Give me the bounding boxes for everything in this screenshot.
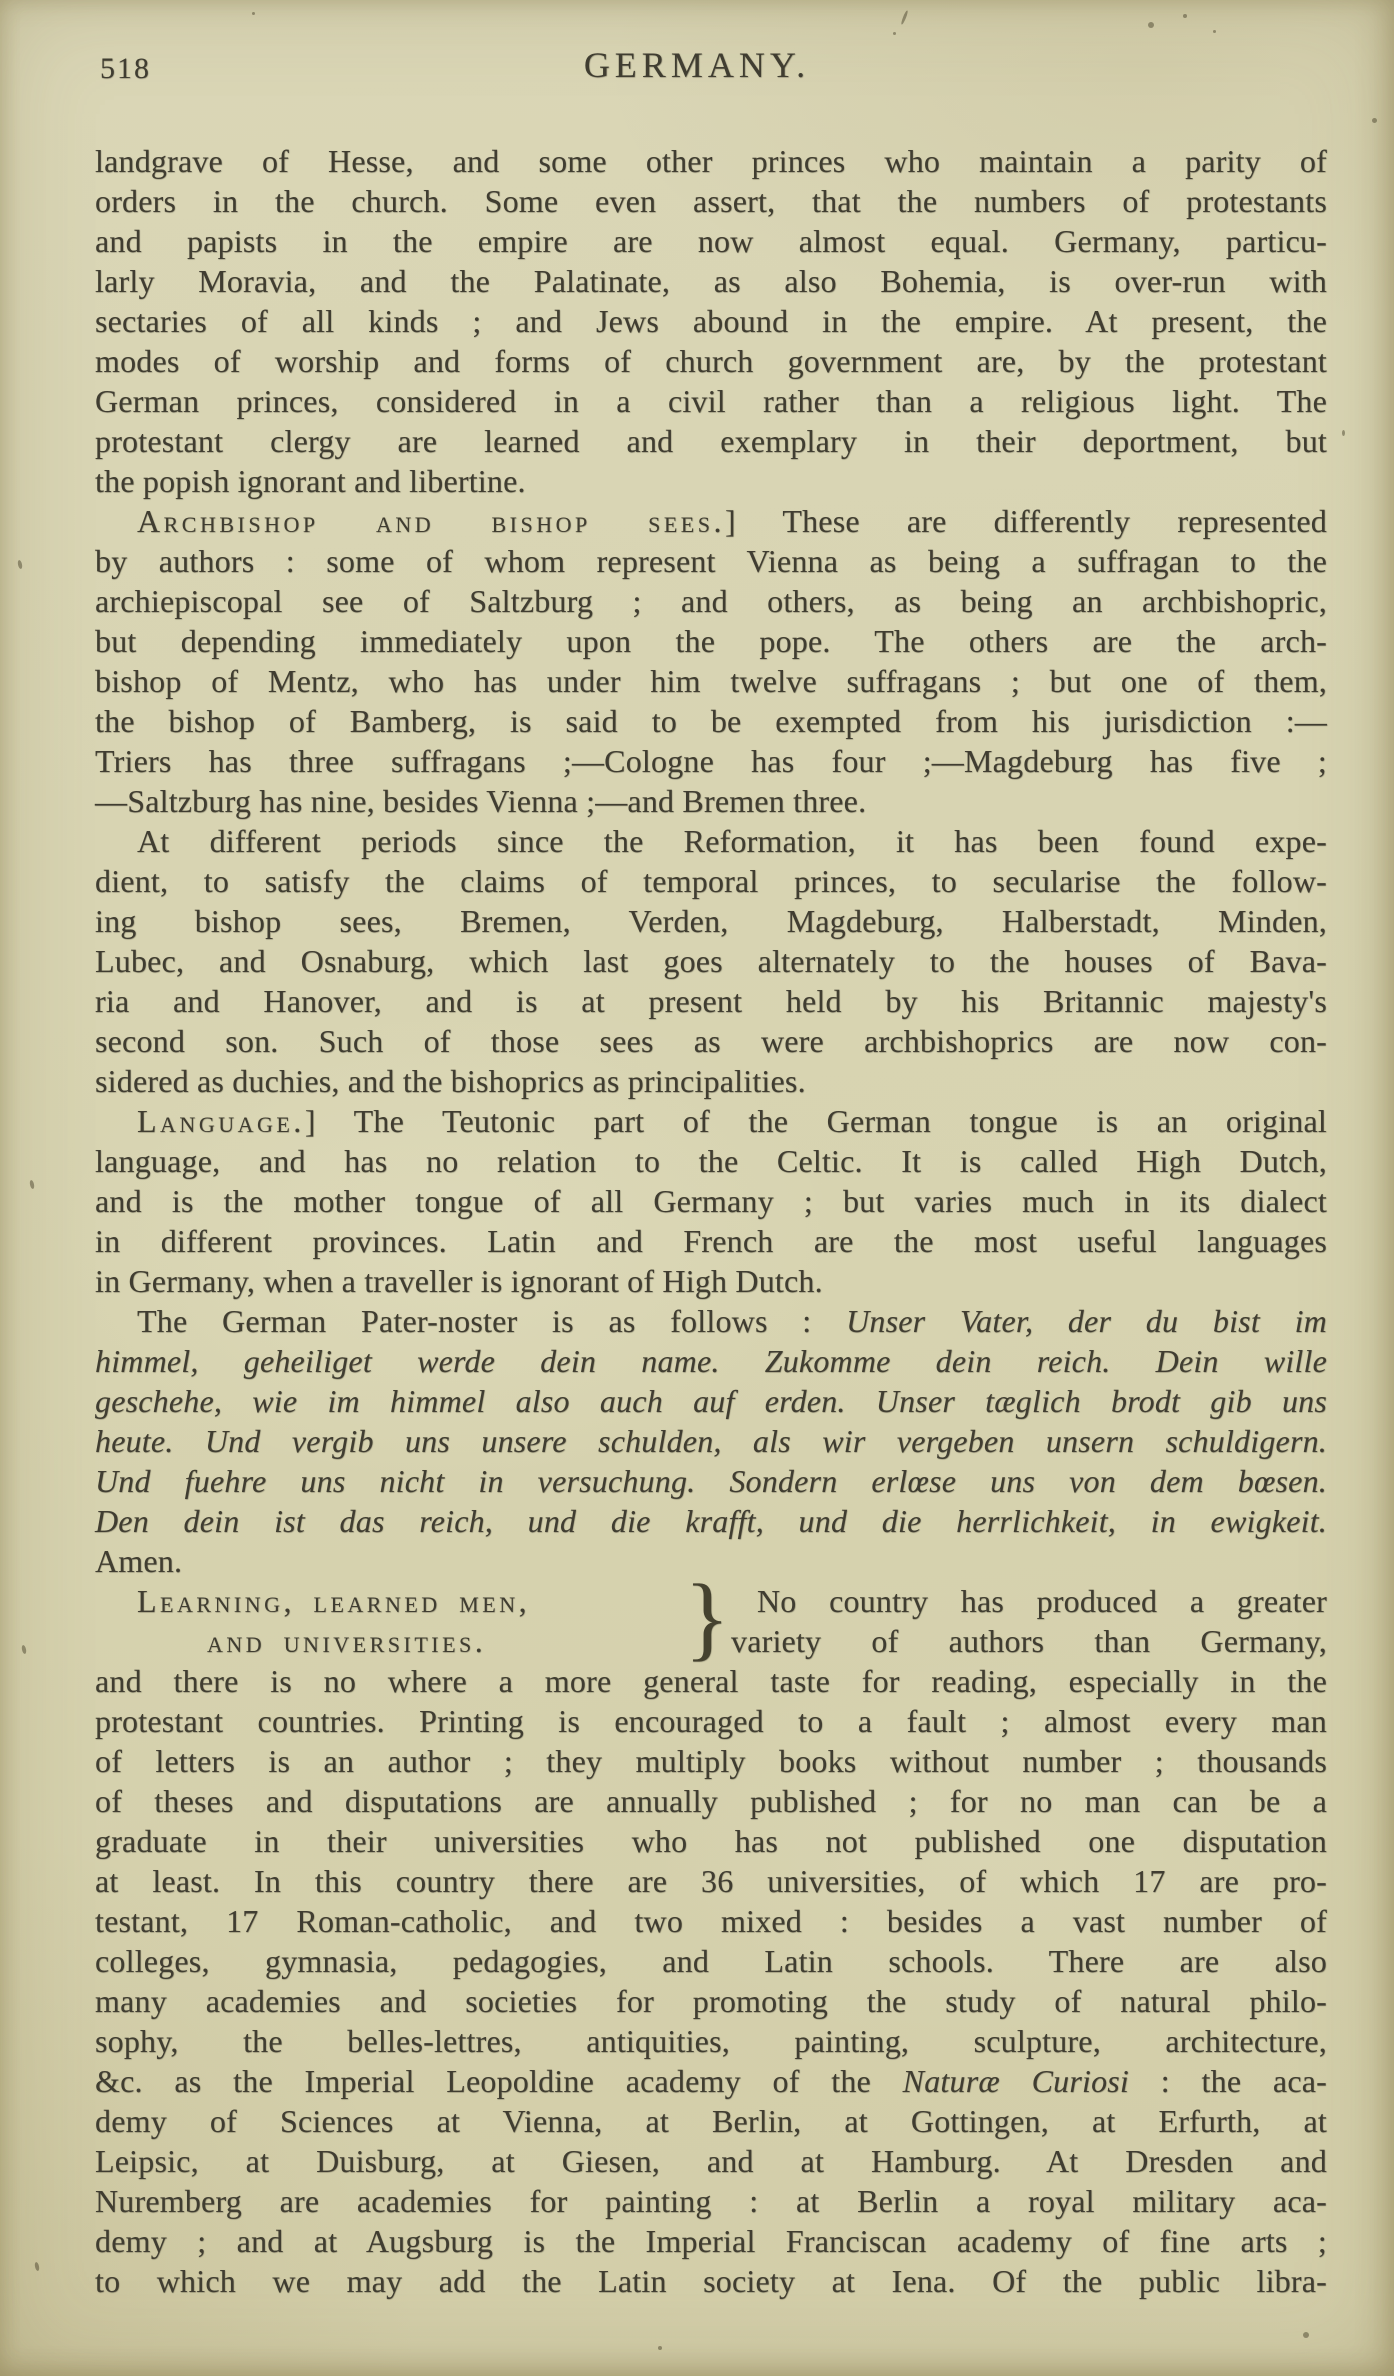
text-line: Leipsic, at Duisburg, at Giesen, and at … — [95, 2141, 1327, 2181]
text-line: The German Pater-noster is as follows : … — [95, 1301, 1327, 1341]
text-line: of letters is an author ; they multiply … — [95, 1741, 1327, 1781]
text-segment: orders in the church. Some even assert, … — [95, 183, 1327, 219]
section-heading: Learning, learned men, — [137, 1583, 530, 1619]
text-line: graduate in their universities who has n… — [95, 1821, 1327, 1861]
text-line: Lubec, and Osnaburg, which last goes alt… — [95, 941, 1327, 981]
text-line: protestant countries. Printing is encour… — [95, 1701, 1327, 1741]
text-line: the bishop of Bamberg, is said to be exe… — [95, 701, 1327, 741]
brace-heading-row: Learning, learned men,and universities.}… — [95, 1581, 1327, 1661]
text-line: Nuremberg are academies for painting : a… — [95, 2181, 1327, 2221]
text-line: German princes, considered in a civil ra… — [95, 381, 1327, 421]
text-segment: ] The Teutonic part of the German tongue… — [305, 1103, 1327, 1139]
text-segment: &c. as the Imperial Leopoldine academy o… — [95, 2063, 903, 2099]
paper-speck — [1372, 118, 1377, 123]
text-line: and universities. — [95, 1621, 683, 1661]
text-line: dient, to satisfy the claims of temporal… — [95, 861, 1327, 901]
text-line: Language.] The Teutonic part of the Germ… — [95, 1101, 1327, 1141]
text-line: sidered as duchies, and the bishoprics a… — [95, 1061, 1327, 1101]
text-line: ria and Hanover, and is at present held … — [95, 981, 1327, 1021]
text-segment: and is the mother tongue of all Germany … — [95, 1183, 1327, 1219]
text-segment: many academies and societies for promoti… — [95, 1983, 1327, 2019]
text-line: himmel, geheiliget werde dein name. Zuko… — [95, 1341, 1327, 1381]
brace-heading-column: Learning, learned men,and universities. — [95, 1581, 683, 1661]
paper-speck — [658, 2346, 662, 2350]
paper-speck — [34, 2262, 40, 2272]
text-line: Learning, learned men, — [95, 1581, 683, 1621]
text-line: landgrave of Hesse, and some other princ… — [95, 141, 1327, 181]
text-segment: —Saltzburg has nine, besides Vienna ;—an… — [95, 783, 866, 819]
text-segment: the bishop of Bamberg, is said to be exe… — [95, 703, 1327, 739]
text-segment: in different provinces. Latin and French… — [95, 1223, 1327, 1259]
text-segment: of theses and disputations are annually … — [95, 1783, 1327, 1819]
paper-speck — [900, 10, 908, 25]
text-line: and papists in the empire are now almost… — [95, 221, 1327, 261]
text-segment: ing bishop sees, Bremen, Verden, Magdebu… — [95, 903, 1327, 939]
text-line: colleges, gymnasia, pedagogies, and Lati… — [95, 1941, 1327, 1981]
paper-speck — [1342, 430, 1345, 436]
text-line: many academies and societies for promoti… — [95, 1981, 1327, 2021]
text-segment: ] These are differently represented — [725, 503, 1327, 539]
text-segment: heute. Und vergib uns unsere schulden, a… — [95, 1423, 1327, 1459]
text-line: testant, 17 Roman-catholic, and two mixe… — [95, 1901, 1327, 1941]
text-line: modes of worship and forms of church gov… — [95, 341, 1327, 381]
text-segment: demy ; and at Augsburg is the Imperial F… — [95, 2223, 1327, 2259]
text-line: orders in the church. Some even assert, … — [95, 181, 1327, 221]
text-segment: protestant clergy are learned and exempl… — [95, 423, 1327, 459]
text-block: landgrave of Hesse, and some other princ… — [95, 141, 1327, 2301]
text-line: in different provinces. Latin and French… — [95, 1221, 1327, 1261]
text-line: Triers has three suffragans ;—Cologne ha… — [95, 741, 1327, 781]
text-line: —Saltzburg has nine, besides Vienna ;—an… — [95, 781, 1327, 821]
text-segment: No country has produced a greater — [757, 1583, 1327, 1619]
text-segment: Den dein ist das reich, und die krafft, … — [95, 1503, 1327, 1539]
text-segment: Und fuehre uns nicht in versuchung. Sond… — [95, 1463, 1327, 1499]
text-line: protestant clergy are learned and exempl… — [95, 421, 1327, 461]
text-segment: Triers has three suffragans ;—Cologne ha… — [95, 743, 1327, 779]
text-line: geschehe, wie im himmel also auch auf er… — [95, 1381, 1327, 1421]
paper-speck — [252, 12, 255, 15]
text-segment: himmel, geheiliget werde dein name. Zuko… — [95, 1343, 1327, 1379]
paper-speck — [29, 1180, 35, 1190]
text-segment: Unser Vater, der du bist im — [846, 1303, 1327, 1339]
text-segment: of letters is an author ; they multiply … — [95, 1743, 1327, 1779]
text-line: second son. Such of those sees as were a… — [95, 1021, 1327, 1061]
text-line: heute. Und vergib uns unsere schulden, a… — [95, 1421, 1327, 1461]
text-segment: : the aca- — [1129, 2063, 1327, 2099]
brace-glyph: } — [683, 1581, 731, 1661]
text-line: sophy, the belles-lettres, antiquities, … — [95, 2021, 1327, 2061]
text-segment: second son. Such of those sees as were a… — [95, 1023, 1327, 1059]
text-line: Archbishop and bishop sees.] These are d… — [95, 501, 1327, 541]
text-segment: At different periods since the Reformati… — [137, 823, 1327, 859]
text-line: bishop of Mentz, who has under him twelv… — [95, 661, 1327, 701]
paper-speck — [1213, 30, 1216, 33]
paper-speck — [893, 32, 896, 35]
text-segment: Lubec, and Osnaburg, which last goes alt… — [95, 943, 1327, 979]
text-segment: protestant countries. Printing is encour… — [95, 1703, 1327, 1739]
text-segment: and there is no where a more general tas… — [95, 1663, 1327, 1699]
text-segment: the popish ignorant and libertine. — [95, 463, 526, 499]
text-segment: landgrave of Hesse, and some other princ… — [95, 143, 1327, 179]
text-segment: sectaries of all kinds ; and Jews abound… — [95, 303, 1327, 339]
section-heading: Language. — [137, 1103, 305, 1139]
paper-speck — [21, 1645, 27, 1655]
text-line: and there is no where a more general tas… — [95, 1661, 1327, 1701]
text-line: No country has produced a greater — [731, 1581, 1327, 1621]
text-segment: dient, to satisfy the claims of temporal… — [95, 863, 1327, 899]
text-line: demy ; and at Augsburg is the Imperial F… — [95, 2221, 1327, 2261]
text-segment: Amen. — [95, 1543, 182, 1579]
scanned-book-page: 518 GERMANY. landgrave of Hesse, and som… — [0, 0, 1394, 2376]
text-line: demy of Sciences at Vienna, at Berlin, a… — [95, 2101, 1327, 2141]
text-line: larly Moravia, and the Palatinate, as al… — [95, 261, 1327, 301]
text-segment: colleges, gymnasia, pedagogies, and Lati… — [95, 1943, 1327, 1979]
text-segment: in Germany, when a traveller is ignorant… — [95, 1263, 823, 1299]
text-segment: ria and Hanover, and is at present held … — [95, 983, 1327, 1019]
text-segment: by authors : some of whom represent Vien… — [95, 543, 1327, 579]
text-segment: testant, 17 Roman-catholic, and two mixe… — [95, 1903, 1327, 1939]
text-segment: bishop of Mentz, who has under him twelv… — [95, 663, 1327, 699]
text-line: and is the mother tongue of all Germany … — [95, 1181, 1327, 1221]
text-segment: at least. In this country there are 36 u… — [95, 1863, 1327, 1899]
text-segment: The German Pater-noster is as follows : — [137, 1303, 846, 1339]
section-heading: Archbishop and bishop sees. — [137, 503, 725, 539]
text-segment: but depending immediately upon the pope.… — [95, 623, 1327, 659]
text-segment: demy of Sciences at Vienna, at Berlin, a… — [95, 2103, 1327, 2139]
text-line: the popish ignorant and libertine. — [95, 461, 1327, 501]
text-segment: archiepiscopal see of Saltzburg ; and ot… — [95, 583, 1327, 619]
paper-speck — [1148, 22, 1154, 28]
text-segment: geschehe, wie im himmel also auch auf er… — [95, 1383, 1327, 1419]
text-line: At different periods since the Reformati… — [95, 821, 1327, 861]
text-line: by authors : some of whom represent Vien… — [95, 541, 1327, 581]
text-line: ing bishop sees, Bremen, Verden, Magdebu… — [95, 901, 1327, 941]
text-segment: Nuremberg are academies for painting : a… — [95, 2183, 1327, 2219]
text-line: variety of authors than Germany, — [731, 1621, 1327, 1661]
text-segment: language, and has no relation to the Cel… — [95, 1143, 1327, 1179]
text-segment: variety of authors than Germany, — [731, 1623, 1327, 1659]
text-line: Den dein ist das reich, und die krafft, … — [95, 1501, 1327, 1541]
text-segment: German princes, considered in a civil ra… — [95, 383, 1327, 419]
text-segment: graduate in their universities who has n… — [95, 1823, 1327, 1859]
paper-speck — [1303, 2332, 1309, 2338]
text-line: archiepiscopal see of Saltzburg ; and ot… — [95, 581, 1327, 621]
text-line: to which we may add the Latin society at… — [95, 2261, 1327, 2301]
text-segment: and papists in the empire are now almost… — [95, 223, 1327, 259]
text-segment: Leipsic, at Duisburg, at Giesen, and at … — [95, 2143, 1327, 2179]
text-line: &c. as the Imperial Leopoldine academy o… — [95, 2061, 1327, 2101]
text-line: of theses and disputations are annually … — [95, 1781, 1327, 1821]
brace-lead-column: No country has produced a greatervariety… — [731, 1581, 1327, 1661]
text-line: sectaries of all kinds ; and Jews abound… — [95, 301, 1327, 341]
text-segment: to which we may add the Latin society at… — [95, 2263, 1327, 2299]
paper-speck — [1183, 14, 1187, 18]
text-segment: sophy, the belles-lettres, antiquities, … — [95, 2023, 1327, 2059]
text-line: Und fuehre uns nicht in versuchung. Sond… — [95, 1461, 1327, 1501]
paper-speck — [17, 560, 23, 570]
text-line: language, and has no relation to the Cel… — [95, 1141, 1327, 1181]
text-segment: sidered as duchies, and the bishoprics a… — [95, 1063, 806, 1099]
text-segment: larly Moravia, and the Palatinate, as al… — [95, 263, 1327, 299]
text-segment: modes of worship and forms of church gov… — [95, 343, 1327, 379]
section-heading: and universities. — [207, 1623, 486, 1659]
text-line: but depending immediately upon the pope.… — [95, 621, 1327, 661]
text-line: at least. In this country there are 36 u… — [95, 1861, 1327, 1901]
page-title: GERMANY. — [0, 44, 1394, 86]
text-line: in Germany, when a traveller is ignorant… — [95, 1261, 1327, 1301]
text-segment: Naturæ Curiosi — [903, 2063, 1129, 2099]
